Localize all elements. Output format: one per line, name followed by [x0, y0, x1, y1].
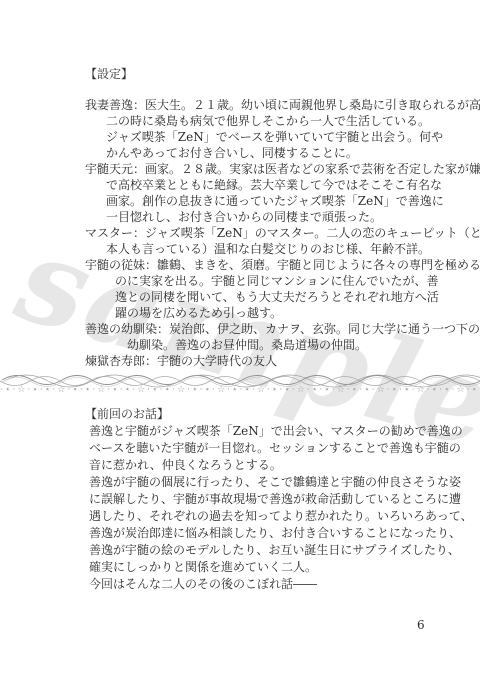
story-line: 善逸が炭治郎達に悩み相談したり、お付き合いすることになったり、 [89, 525, 480, 542]
story-line: 今回はそんな二人のその後のこぼれ話―― [89, 576, 480, 593]
settings-lines: 我妻善逸：医大生。２１歳。幼い頃に両親他界し桑島に引き取られるが高二の時に桑島も… [0, 97, 480, 369]
settings-line: 宇髄の従妹：雛鶴、まきを、須磨。宇髄と同じように各々の専門を極める [85, 257, 480, 273]
settings-line: 画家。創作の息抜きに通っていたジャズ喫茶「ZeN」で善逸に [106, 193, 480, 209]
page-number: 6 [417, 618, 425, 632]
story-line: 善逸が宇髄の個展に行ったり、そこで雛鶴達と宇髄の仲良さそうな姿 [89, 474, 480, 491]
page-content: 【設定】 我妻善逸：医大生。２１歳。幼い頃に両親他界し桑島に引き取られるが高二の… [0, 0, 480, 673]
section-divider: ·⋆·☆·⋆·⋆·☆·⋆·⋆·☆·⋆·⋆·☆·⋆·⋆·☆·⋆·⋆·☆·⋆·⋆·☆… [0, 369, 480, 399]
settings-section-heading: 【設定】 [85, 66, 133, 82]
settings-line: 幼馴染。善逸のお昼仲間。桑島道場の仲間。 [127, 337, 480, 353]
previous-story-heading: 【前回のお話】 [85, 406, 169, 422]
settings-line: 本人も言っている）温和な白髪交じりのおじ様、年齢不詳。 [106, 241, 480, 257]
settings-line: 逸との同棲を聞いて、もう大丈夫だろうとそれぞれ地方へ活 [115, 289, 480, 305]
story-line: 善逸と宇髄がジャズ喫茶「ZeN」で出会い、マスターの勧めで善逸の [89, 423, 480, 440]
settings-line: マスター：ジャズ喫茶「ZeN」のマスター。二人の恋のキューピット（と [85, 225, 480, 241]
settings-line: ジャズ喫茶「ZeN」でベースを弾いていて宇髄と出会う。何や [106, 129, 480, 145]
settings-line: で高校卒業とともに絶縁。芸大卒業して今ではそこそこ有名な [106, 177, 480, 193]
story-line: 確実にしっかりと関係を進めていく二人。 [89, 559, 480, 576]
story-line: 音に惹かれ、仲良くなろうとする。 [89, 457, 480, 474]
settings-line: 一目惚れし、お付き合いからの同棲まで頑張った。 [106, 209, 480, 225]
settings-line: 二の時に桑島も病気で他界しそこから一人で生活している。 [106, 113, 480, 129]
previous-story-lines: 善逸と宇髄がジャズ喫茶「ZeN」で出会い、マスターの勧めで善逸のベースを聴いた宇… [0, 423, 480, 593]
story-line: に誤解したり、宇髄が事故現場で善逸が救命活動しているところに遭 [89, 491, 480, 508]
settings-line: 躍の場を広めるため引っ越す。 [115, 305, 480, 321]
settings-line: かんやあってお付き合いし、同棲することに。 [106, 145, 480, 161]
settings-line: のに実家を出る。宇髄と同じマンションに住んでいたが、善 [115, 273, 480, 289]
document-page: sample 【設定】 我妻善逸：医大生。２１歳。幼い頃に両親他界し桑島に引き取… [0, 0, 480, 673]
settings-line: 宇髄天元：画家。２８歳。実家は医者などの家系で芸術を否定した家が嫌 [85, 161, 480, 177]
story-line: 遇したり、それぞれの過去を知ってより惹かれたり。いろいろあって、 [89, 508, 480, 525]
story-line: ベースを聴いた宇髄が一目惚れ。セッションすることで善逸も宇髄の [89, 440, 480, 457]
story-line: 善逸が宇髄の絵のモデルしたり、お互い誕生日にサプライズしたり、 [89, 542, 480, 559]
settings-line: 我妻善逸：医大生。２１歳。幼い頃に両親他界し桑島に引き取られるが高 [85, 97, 480, 113]
divider-star-row: ·⋆·☆·⋆·⋆·☆·⋆·⋆·☆·⋆·⋆·☆·⋆·⋆·☆·⋆·⋆·☆·⋆·⋆·☆… [0, 384, 480, 396]
settings-line: 煉獄杏寿郎：宇髄の大学時代の友人 [85, 353, 480, 369]
settings-line: 善逸の幼馴染：炭治郎、伊之助、カナヲ、玄弥。同じ大学に通う一つ下の [85, 321, 480, 337]
